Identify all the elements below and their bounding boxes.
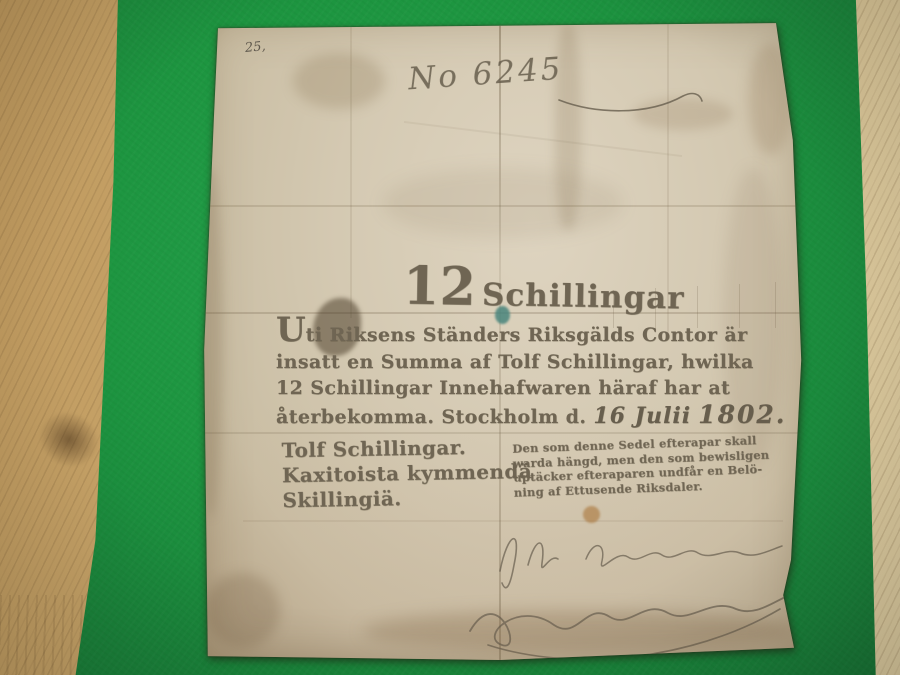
main-text-block: Uti Riksens Ständers Riksgälds Contor är… [276, 320, 736, 430]
serial-flourish-stroke [555, 74, 705, 119]
signature-upper-surname [586, 546, 782, 566]
handwritten-day: 16 Julii [593, 403, 691, 429]
value-in-words-block: Tolf Schillingar. Kaxitoista kymmendä Sk… [281, 434, 532, 513]
value-finnish-2: Skillingiä. [282, 484, 532, 513]
dateline-printed: återbekomma. Stockholm d. [276, 406, 586, 428]
body-line-2: insatt en Summa af Tolf Schillingar, hwi… [276, 349, 736, 376]
banknote-paper: 25, No 6245 12Schillingar Uti Riksens St… [203, 18, 803, 660]
stain-top-left [293, 53, 385, 109]
handwritten-serial-number: No 6245 [407, 51, 565, 98]
heading-numeral: 12 [402, 256, 476, 318]
handwritten-year: 1802. [698, 400, 786, 429]
stain-top-right [748, 43, 793, 155]
body-line-3: 12 Schillingar Innehafwaren häraf har at [276, 375, 736, 402]
counterfeit-warning-block: Den som denne Sedel efterapar skall ward… [512, 432, 776, 499]
crease-diagonal-top [404, 121, 682, 157]
stain-center-faint [383, 168, 623, 238]
value-finnish-1: Kaxitoista kymmendä [282, 459, 532, 488]
body-line-4: återbekomma. Stockholm d. 16 Julii 1802. [276, 402, 736, 431]
banknote-wrapper: 25, No 6245 12Schillingar Uti Riksens St… [0, 0, 900, 675]
photo-scene: 25, No 6245 12Schillingar Uti Riksens St… [0, 0, 900, 675]
body-line-1: Uti Riksens Ständers Riksgälds Contor är [276, 320, 736, 349]
heading-word: Schillingar [482, 277, 685, 317]
signature-upper-initials [500, 539, 558, 588]
stain-left-edge [199, 168, 223, 518]
signature-lower [470, 595, 790, 646]
decorative-initial: U [276, 310, 306, 350]
body-line-1-text: ti Riksens Ständers Riksgälds Contor är [306, 324, 748, 346]
denomination-heading: 12Schillingar [402, 256, 685, 322]
stain-bottom-left [205, 573, 280, 648]
signatures [458, 513, 808, 663]
pencil-mark: 25, [244, 39, 266, 56]
